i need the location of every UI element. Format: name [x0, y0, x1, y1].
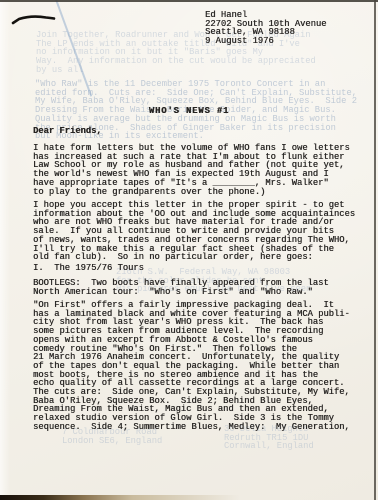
scanned-letter-page: Join Together, Roadrunner and Won't Get …: [0, 0, 378, 500]
paragraph-bootlegs: BOOTLEGS: Two boots have finally appeare…: [33, 279, 329, 296]
scan-top-edge-line: [0, 0, 378, 2]
paragraph-on-first-review: "On First" offers a fairly impressive pa…: [33, 301, 350, 432]
scan-bottom-edge-shadow: [0, 495, 240, 500]
section-heading-tours: I. The 1975/76 Tours: [33, 264, 144, 273]
sender-address-block: Ed Hanel 22702 South 10th Avenue Seattle…: [205, 11, 326, 46]
scan-right-edge-line: [374, 0, 376, 500]
salutation: Dear Friends,: [33, 127, 102, 136]
newsletter-title: WHO'S NEWS #1: [0, 107, 378, 116]
scan-left-light-edge: [0, 0, 10, 500]
paragraph-purpose: I hope you accept this letter in the pro…: [33, 201, 355, 262]
paragraph-intro: I hate form letters but the volume of WH…: [33, 144, 350, 196]
